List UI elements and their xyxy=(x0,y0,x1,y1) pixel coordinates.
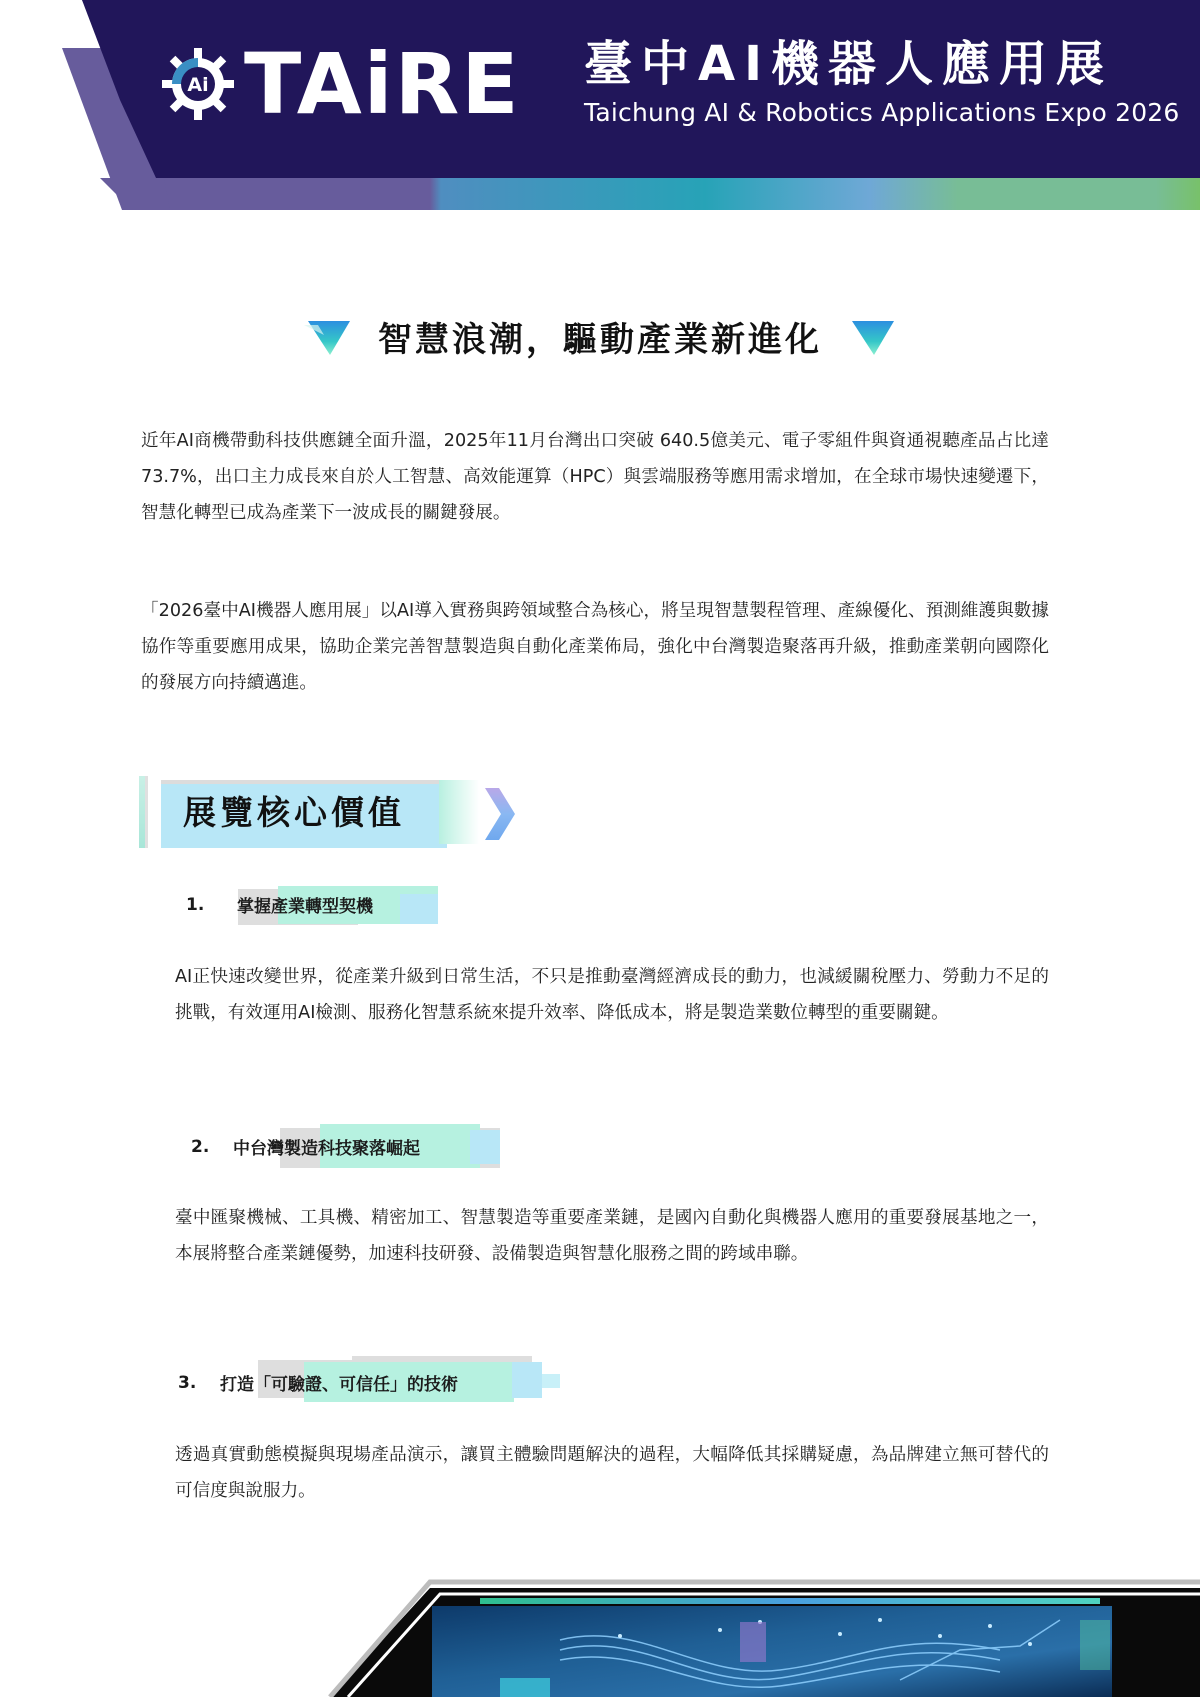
svg-text:Ai: Ai xyxy=(187,74,208,96)
intro-paragraph-1: 近年AI商機帶動科技供應鏈全面升溫，2025年11月台灣出口突破 640.5億美… xyxy=(141,423,1049,531)
item-number: 1. xyxy=(186,895,234,915)
core-value-3-body: 透過真實動態模擬與現場產品演示，讓買主體驗問題解決的過程，大幅降低其採購疑慮，為… xyxy=(175,1437,1049,1509)
taire-wordmark: TAiRE xyxy=(244,42,521,126)
item-number: 3. xyxy=(178,1373,220,1393)
intro-heading: 智慧浪潮，驅動產業新進化 xyxy=(0,312,1200,361)
chevron-right-icon xyxy=(479,786,519,842)
highlight-blue-1 xyxy=(400,894,438,924)
header-banner: Ai TAiRE 臺中AI機器人應用展 Taichung AI & Roboti… xyxy=(0,0,1200,210)
core-value-2-body: 臺中匯聚機械、工具機、精密加工、智慧製造等重要產業鏈，是國內自動化與機器人應用的… xyxy=(175,1200,1049,1272)
heading-accent-bar xyxy=(139,776,148,848)
highlight-blue-3 xyxy=(512,1362,542,1398)
core-value-2-heading: 2. 中台灣製造科技聚落崛起 xyxy=(191,1134,420,1159)
footer-tech-image xyxy=(0,1560,1200,1697)
triangle-left-icon xyxy=(304,317,352,357)
expo-title-en: Taichung AI & Robotics Applications Expo… xyxy=(584,96,1180,130)
ai-gear-icon: Ai xyxy=(158,44,238,124)
core-value-1-body: AI正快速改變世界，從產業升級到日常生活，不只是推動臺灣經濟成長的動力，也減緩關… xyxy=(175,959,1049,1031)
intro-paragraph-2: 「2026臺中AI機器人應用展」以AI導入實務與跨領域整合為核心，將呈現智慧製程… xyxy=(141,593,1049,701)
core-values-title: 展覽核心價值 xyxy=(183,788,405,838)
highlight-blue-2 xyxy=(470,1130,500,1164)
item-title: 中台灣製造科技聚落崛起 xyxy=(233,1134,420,1159)
item-number: 2. xyxy=(191,1137,233,1157)
item-title: 掌握產業轉型契機 xyxy=(234,892,373,917)
expo-title: 臺中AI機器人應用展 Taichung AI & Robotics Applic… xyxy=(584,34,1180,130)
expo-title-zh: 臺中AI機器人應用展 xyxy=(584,34,1180,94)
heading-highlight-fade xyxy=(439,780,479,844)
highlight-fade-3 xyxy=(542,1374,560,1388)
triangle-right-icon xyxy=(848,317,896,357)
taire-logo: Ai TAiRE xyxy=(158,36,521,132)
core-values-heading: 展覽核心價值 xyxy=(139,776,519,848)
logo-text: TAiRE xyxy=(244,42,521,126)
intro-title: 智慧浪潮，驅動產業新進化 xyxy=(378,312,822,361)
item-title: 打造「可驗證、可信任」的技術 xyxy=(220,1370,458,1395)
core-value-3-heading: 3. 打造「可驗證、可信任」的技術 xyxy=(178,1370,458,1395)
core-value-1-heading: 1. 掌握產業轉型契機 xyxy=(186,892,373,917)
